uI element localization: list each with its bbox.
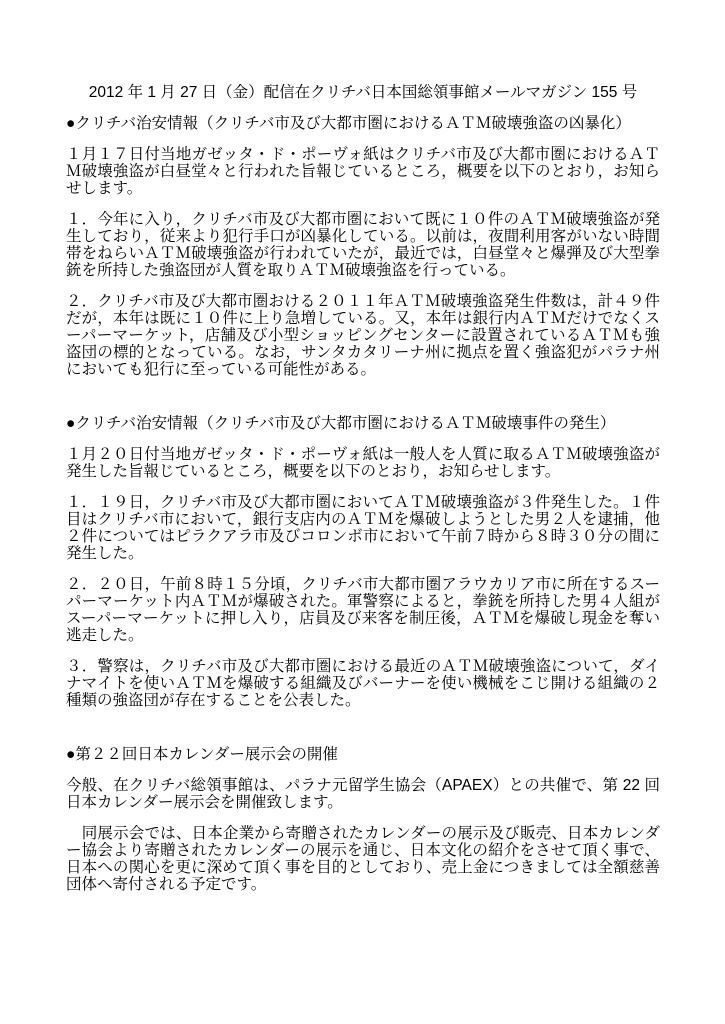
- paragraph: １月２０日付当地ガゼッタ・ド・ポーヴォ紙は一般人を人質に取るＡＴＭ破壊強盗が発生…: [66, 446, 660, 480]
- paragraph: １月１７日付当地ガゼッタ・ド・ポーヴォ紙はクリチバ市及び大都市圏におけるＡＴＭ破…: [66, 146, 660, 197]
- section-heading: ●クリチバ治安情報（クリチバ市及び大都市圏におけるＡＴＭ破壊強盗の凶暴化）: [66, 115, 660, 132]
- paragraph: １．１９日，クリチバ市及び大都市圏においてＡＴＭ破壊強盗が３件発生した。１件目は…: [66, 494, 660, 562]
- paragraph: 同展示会では、日本企業から寄贈されたカレンダーの展示及び販売、日本カレンダー協会…: [66, 825, 660, 893]
- paragraph: ２．クリチバ市及び大都市圏おける２０１１年ＡＴＭ破壊強盗発生件数は，計４９件だが…: [66, 293, 660, 378]
- section-security-atm-robbery: ●クリチバ治安情報（クリチバ市及び大都市圏におけるＡＴＭ破壊強盗の凶暴化） １月…: [66, 115, 660, 378]
- document-content: 2012 年 1 月 27 日（金）配信在クリチバ日本国総領事館メールマガジン …: [66, 84, 660, 907]
- document-page: 2012 年 1 月 27 日（金）配信在クリチバ日本国総領事館メールマガジン …: [0, 0, 725, 1024]
- section-calendar-exhibition: ●第２２回日本カレンダー展示会の開催 今般、在クリチバ総領事館は、パラナ元留学生…: [66, 746, 660, 893]
- paragraph: １．今年に入り，クリチバ市及び大都市圏において既に１０件のＡＴＭ破壊強盗が発生し…: [66, 211, 660, 279]
- document-title: 2012 年 1 月 27 日（金）配信在クリチバ日本国総領事館メールマガジン …: [66, 84, 660, 101]
- section-security-atm-incident: ●クリチバ治安情報（クリチバ市及び大都市圏におけるＡＴＭ破壊事件の発生） １月２…: [66, 415, 660, 709]
- section-heading: ●クリチバ治安情報（クリチバ市及び大都市圏におけるＡＴＭ破壊事件の発生）: [66, 415, 660, 432]
- paragraph: ２．２０日，午前８時１５分頃，クリチバ市大都市圏アラウカリア市に所在するスーパー…: [66, 576, 660, 644]
- section-heading: ●第２２回日本カレンダー展示会の開催: [66, 746, 660, 763]
- paragraph: ３．警察は，クリチバ市及び大都市圏における最近のＡＴＭ破壊強盗について，ダイナマ…: [66, 658, 660, 709]
- paragraph: 今般、在クリチバ総領事館は、パラナ元留学生協会（APAEX）との共催で、第 22…: [66, 777, 660, 811]
